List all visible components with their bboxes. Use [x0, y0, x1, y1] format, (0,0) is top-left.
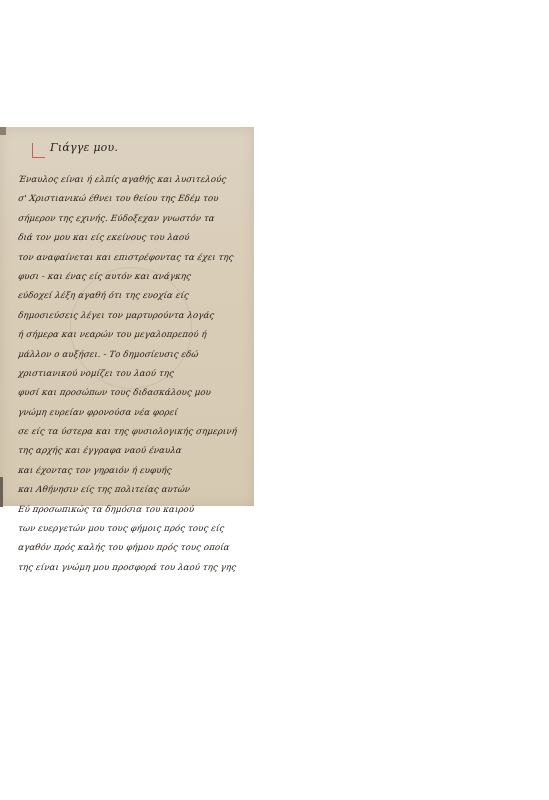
letter-line: γνώμη ευρείαν φρονούσα νέα φορεί	[17, 404, 250, 423]
page-binding-strip	[0, 477, 3, 507]
letter-line: διά τον μου και είς εκείνους του λαού	[17, 229, 250, 248]
letter-line: ή σήμερα και νεαρών του μεγαλοπρεπού ή	[17, 326, 250, 345]
letter-line: σ' Χριστιανικώ έθνει του θείου της Εδέμ …	[17, 190, 250, 209]
letter-line: και έχοντας τον γηραιόν ή ευφυής	[17, 462, 250, 481]
letter-line: της είναι γνώμη μου προσφορά του λαού τη…	[17, 559, 250, 578]
letter-line: αγαθόν πρός καλής του φήμου πρός τους οπ…	[17, 539, 250, 558]
letter-body: Έναυλος είναι ή ελπίς αγαθής και λυσιτελ…	[18, 171, 248, 578]
letter-line: των ευεργετών μου τους φήμοις πρός τους …	[17, 520, 250, 539]
letter-line: φυσι - και ένας είς αυτόν και ανάγκης	[17, 268, 250, 287]
letter-line: Εύ προσωπικώς τα δημόσια του καιρού	[17, 501, 250, 520]
letter-line: τον αναφαίνεται και επιστρέφοντας τα έχε…	[17, 249, 250, 268]
letter-page: Γιάγγε μου. Έναυλος είναι ή ελπίς αγαθής…	[0, 127, 254, 506]
letter-line: δημοσιεύσεις λέγει τον μαρτυρούντα λογάς	[17, 307, 250, 326]
letter-line: εύδοχεί λέξη αγαθή ότι της ευοχία είς	[17, 287, 250, 306]
letter-line: σε είς τα ύστερα και της φυσιολογικής ση…	[17, 423, 250, 442]
letter-line: της αρχής και έγγραφα ναού έναυλα	[17, 442, 250, 461]
letter-line: χριστιανικού νομίζει του λαού της	[17, 365, 250, 384]
letter-line: μάλλον ο αυξήσει. - Το δημοσίευσις εδώ	[17, 346, 250, 365]
letter-line: σήμερον της εχινής. Εύδοξεχαν γνωστόν τα	[17, 210, 250, 229]
letter-line: φυσί και προσώπων τους διδασκάλους μου	[17, 384, 250, 403]
letter-line: και Αθήνησιν είς της πολιτείας αυτών	[17, 481, 250, 500]
letter-line: Έναυλος είναι ή ελπίς αγαθής και λυσιτελ…	[17, 171, 250, 190]
page-edge-shadow	[0, 127, 6, 135]
red-margin-mark	[32, 143, 45, 158]
salutation: Γιάγγε μου.	[50, 141, 118, 154]
